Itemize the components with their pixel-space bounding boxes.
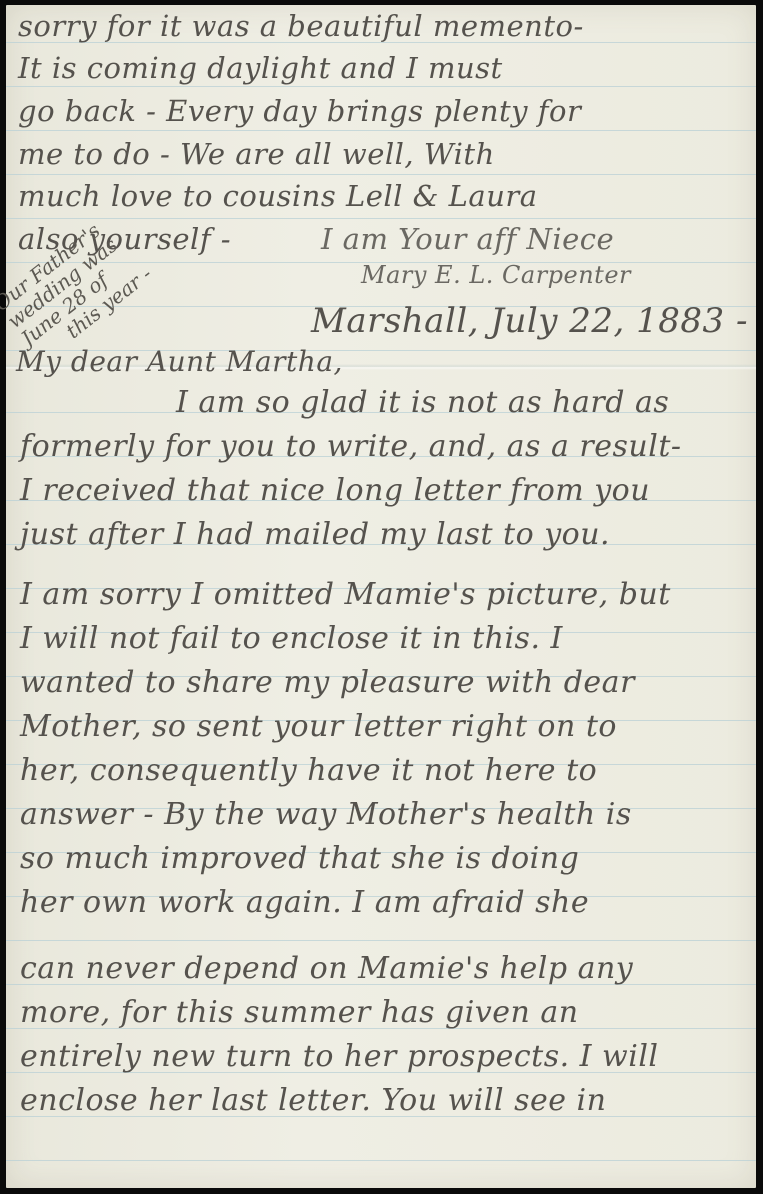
- dateline: Marshall, July 22, 1883 -: [311, 301, 748, 341]
- text-line: her own work again. I am afraid she: [20, 885, 589, 920]
- salutation: My dear Aunt Martha,: [16, 345, 343, 378]
- text-line: more, for this summer has given an: [20, 995, 579, 1030]
- ruled-line: [6, 130, 756, 131]
- closing: I am Your aff Niece: [321, 222, 614, 256]
- signature: Mary E. L. Carpenter: [361, 261, 631, 289]
- text-line: can never depend on Mamie's help any: [20, 951, 633, 986]
- text-line: I am sorry I omitted Mamie's picture, bu…: [20, 577, 671, 612]
- text-line: answer - By the way Mother's health is: [20, 797, 632, 832]
- ruled-line: [6, 86, 756, 87]
- text-line: I received that nice long letter from yo…: [20, 473, 650, 508]
- letter-page: sorry for it was a beautiful memento- It…: [6, 5, 756, 1188]
- text-line: I am so glad it is not as hard as: [176, 385, 669, 420]
- text-line: entirely new turn to her prospects. I wi…: [20, 1039, 659, 1074]
- text-line: much love to cousins Lell & Laura: [18, 179, 538, 213]
- ruled-line: [6, 940, 756, 941]
- text-line: just after I had mailed my last to you.: [20, 517, 610, 552]
- text-line: I will not fail to enclose it in this. I: [20, 621, 563, 656]
- text-line: her, consequently have it not here to: [20, 753, 597, 788]
- text-line: Mother, so sent your letter right on to: [20, 709, 617, 744]
- ruled-line: [6, 174, 756, 175]
- ruled-line: [6, 1160, 756, 1161]
- text-line: formerly for you to write, and, as a res…: [20, 429, 682, 464]
- text-line: sorry for it was a beautiful memento-: [18, 9, 584, 43]
- text-line: It is coming daylight and I must: [18, 51, 503, 85]
- text-line: wanted to share my pleasure with dear: [20, 665, 635, 700]
- text-line: enclose her last letter. You will see in: [20, 1083, 606, 1118]
- text-line: go back - Every day brings plenty for: [18, 94, 581, 128]
- text-line: so much improved that she is doing: [20, 841, 579, 876]
- text-line: me to do - We are all well, With: [18, 137, 495, 171]
